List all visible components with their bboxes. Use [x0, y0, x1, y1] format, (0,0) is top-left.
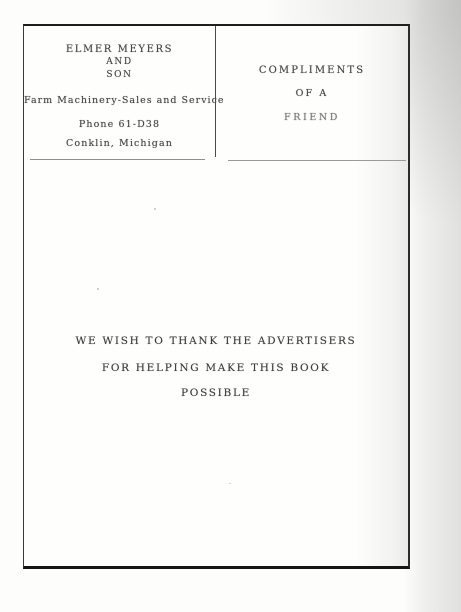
thank-you-line-3: POSSIBLE [24, 387, 408, 399]
page-frame: ELMER MEYERS AND SON Farm Machinery-Sale… [23, 24, 410, 569]
advertiser-name-and: AND [24, 57, 215, 67]
left-cell-bottom-rule [30, 159, 205, 160]
advertiser-phone: Phone 61-D38 [24, 119, 215, 130]
scan-speckle [154, 208, 156, 210]
thank-you-line-1: WE WISH TO THANK THE ADVERTISERS [24, 335, 408, 347]
advertiser-name: ELMER MEYERS [24, 44, 215, 55]
advertiser-service: Farm Machinery-Sales and Service [24, 95, 215, 106]
thank-you-line-2: FOR HELPING MAKE THIS BOOK [24, 362, 408, 374]
scan-speckle [229, 483, 231, 484]
advertiser-name-son: SON [24, 70, 215, 80]
of-a-line: OF A [216, 88, 408, 99]
scan-speckle [97, 288, 99, 290]
compliments-line: COMPLIMENTS [216, 65, 408, 76]
ad-box-compliments: COMPLIMENTS OF A FRIEND [216, 26, 408, 160]
scanned-book-page: ELMER MEYERS AND SON Farm Machinery-Sale… [0, 0, 461, 612]
right-cell-bottom-rule [228, 160, 406, 161]
friend-line: FRIEND [216, 112, 408, 123]
ad-box-elmer-meyers: ELMER MEYERS AND SON Farm Machinery-Sale… [24, 26, 215, 160]
advertiser-city: Conklin, Michigan [24, 138, 215, 149]
